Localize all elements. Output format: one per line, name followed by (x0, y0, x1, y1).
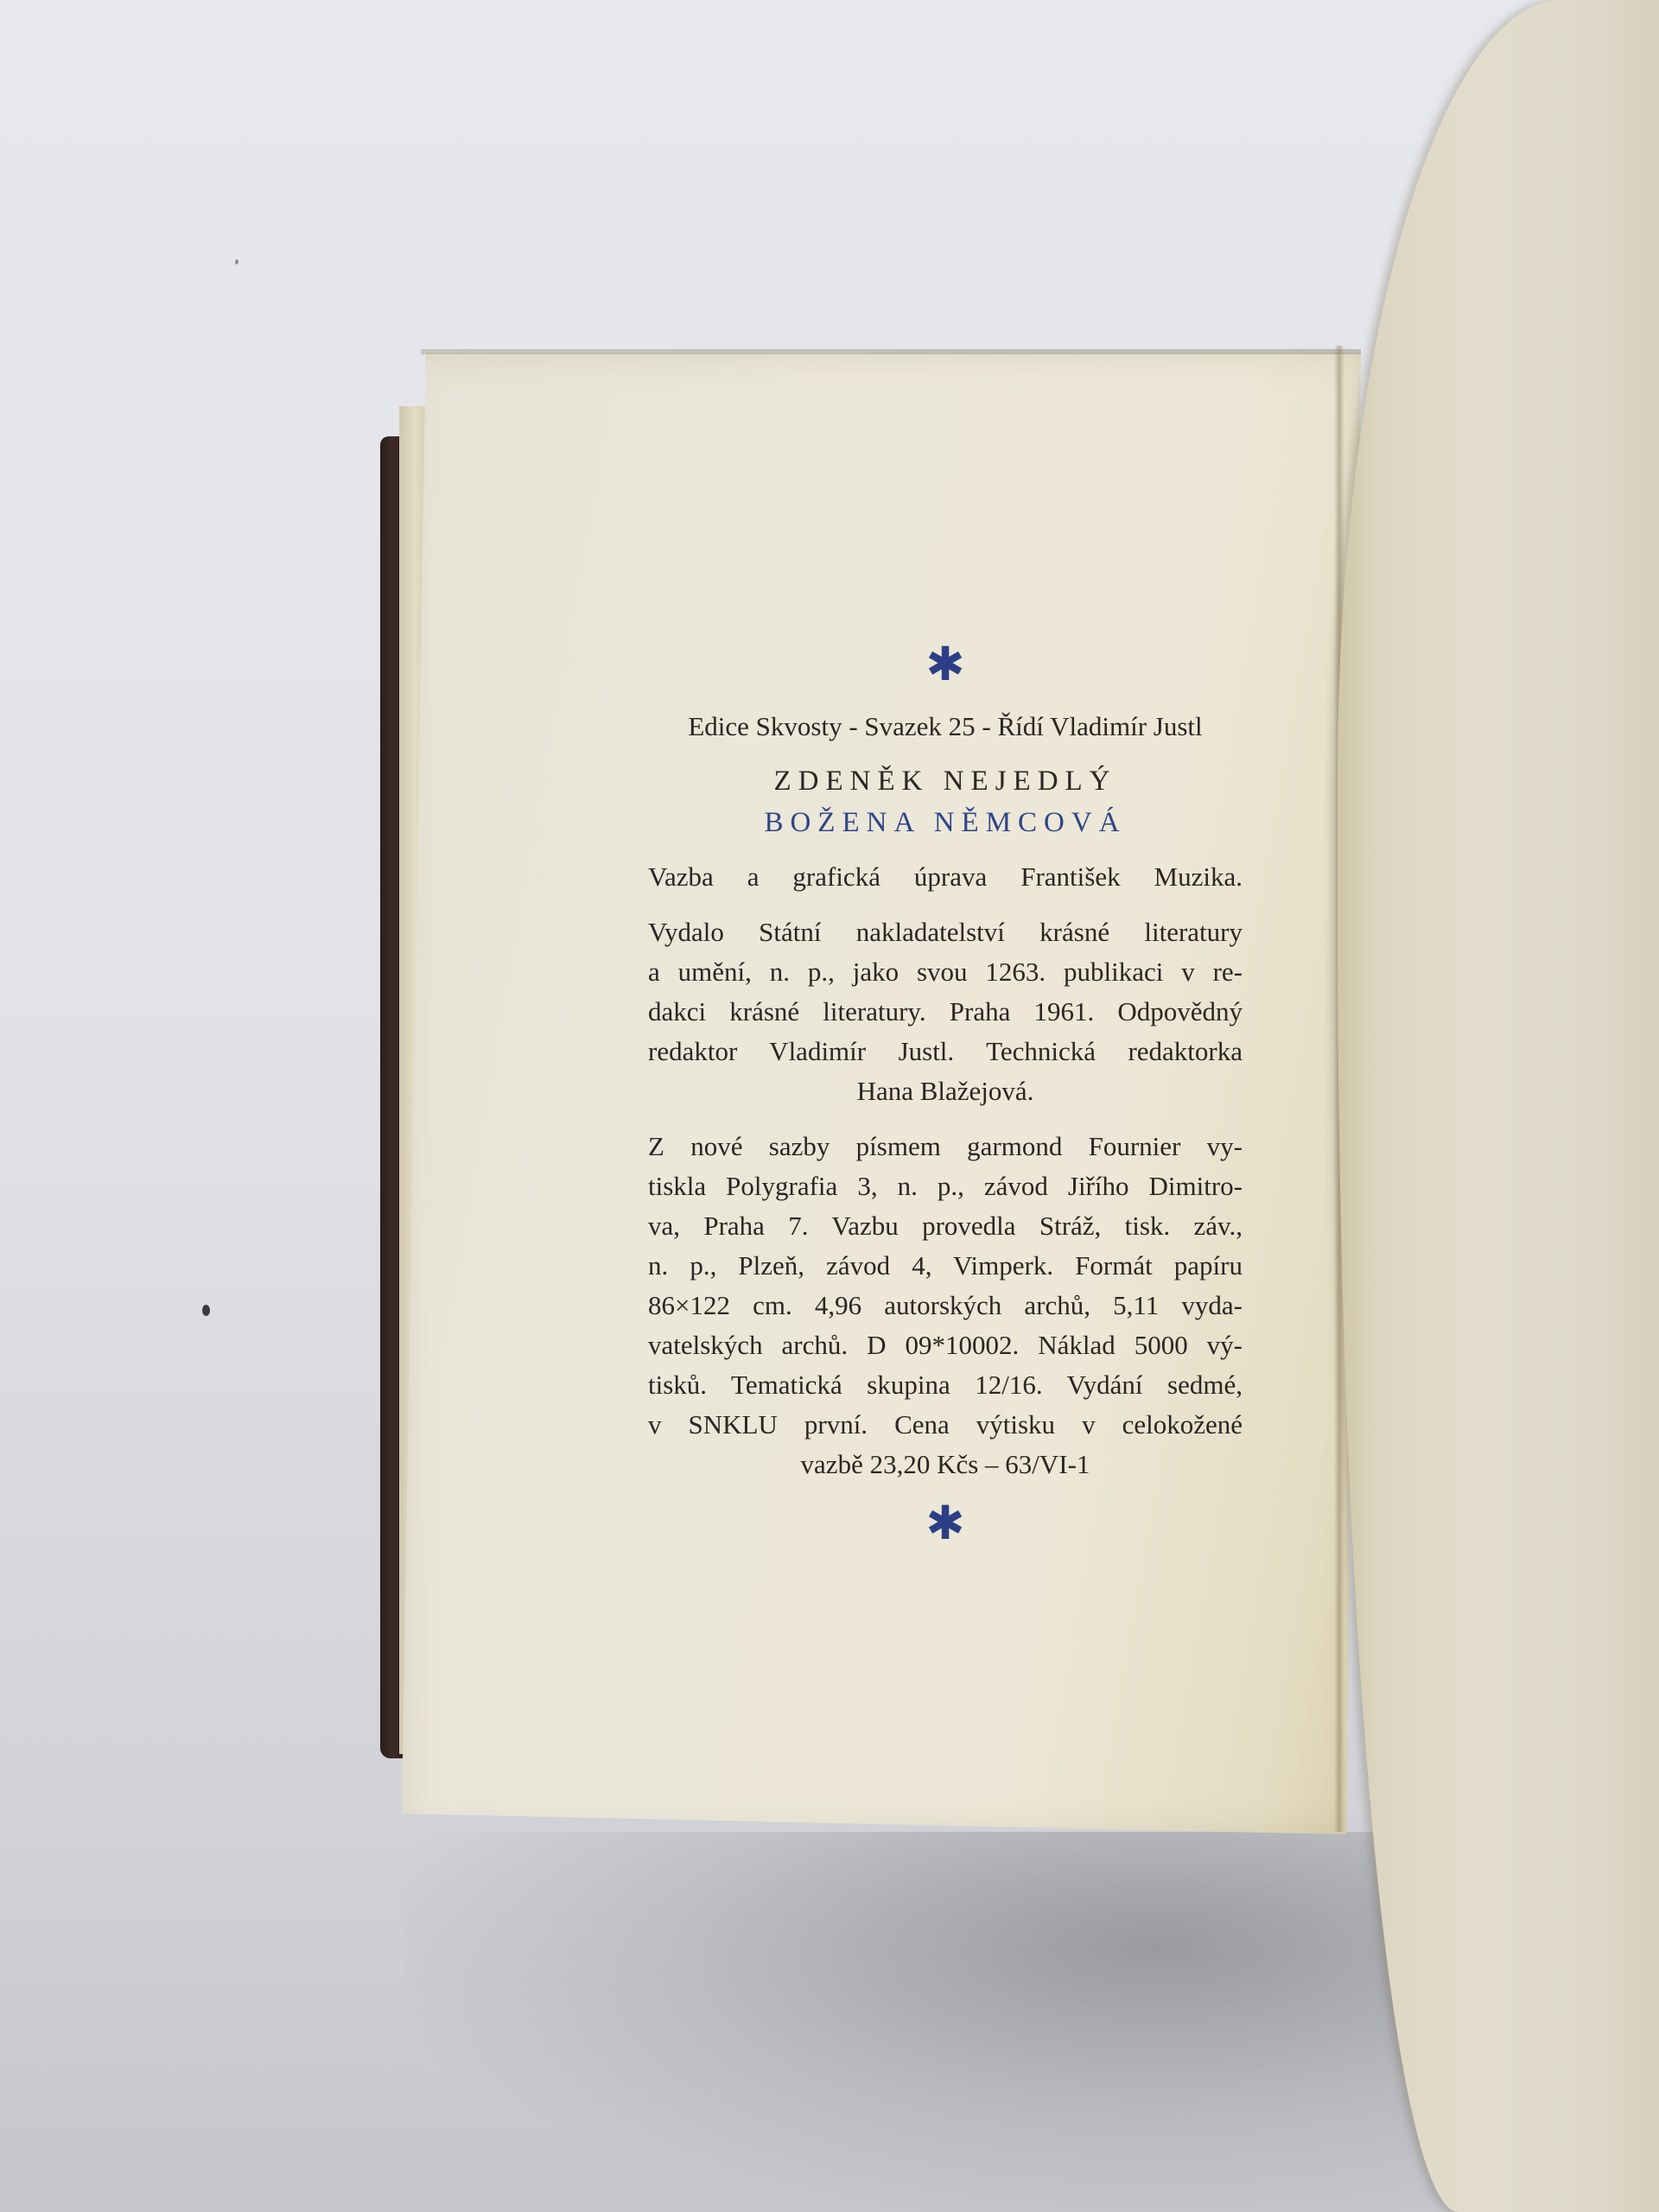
surface-speck (202, 1305, 210, 1316)
asterisk-ornament-icon: ✱ (648, 1500, 1243, 1547)
text-line: v SNKLU první. Cena výtisku v celokožené (648, 1405, 1243, 1445)
text-line: 86×122 cm. 4,96 autorských archů, 5,11 v… (648, 1286, 1243, 1325)
text-line: Vazba a grafická úprava František Muzika… (648, 857, 1243, 897)
text-line: Vydalo Státní nakladatelství krásné lite… (648, 912, 1243, 952)
author-name: ZDENĚK NEJEDLÝ (648, 762, 1243, 800)
text-line: n. p., Plzeň, závod 4, Vimperk. Formát p… (648, 1246, 1243, 1286)
text-line: vazbě 23,20 Kčs – 63/VI-1 (648, 1445, 1243, 1484)
text-line: Hana Blažejová. (648, 1071, 1243, 1111)
curled-right-page (1338, 0, 1659, 2212)
printing-paragraph: Z nové sazby písmem garmond Fournier vy-… (648, 1127, 1243, 1484)
text-line: tisků. Tematická skupina 12/16. Vydání s… (648, 1365, 1243, 1405)
text-line: a umění, n. p., jako svou 1263. publikac… (648, 952, 1243, 992)
text-line: tiskla Polygrafia 3, n. p., závod Jiřího… (648, 1166, 1243, 1206)
publisher-paragraph: Vydalo Státní nakladatelství krásné lite… (648, 912, 1243, 1111)
text-line: Z nové sazby písmem garmond Fournier vy- (648, 1127, 1243, 1166)
design-credit-paragraph: Vazba a grafická úprava František Muzika… (648, 857, 1243, 897)
text-line: dakci krásné literatury. Praha 1961. Odp… (648, 992, 1243, 1032)
surface-speck (235, 259, 238, 264)
page-top-edge (421, 349, 1361, 354)
text-line: va, Praha 7. Vazbu provedla Stráž, tisk.… (648, 1206, 1243, 1246)
series-line: Edice Skvosty - Svazek 25 - Řídí Vladimí… (648, 707, 1243, 747)
text-line: vatelských archů. D 09*10002. Náklad 500… (648, 1325, 1243, 1365)
asterisk-ornament-icon: ✱ (648, 641, 1243, 688)
colophon-text-block: ✱ Edice Skvosty - Svazek 25 - Řídí Vladi… (648, 641, 1243, 1547)
text-line: redaktor Vladimír Justl. Technická redak… (648, 1032, 1243, 1071)
book-title: BOŽENA NĚMCOVÁ (648, 804, 1243, 842)
